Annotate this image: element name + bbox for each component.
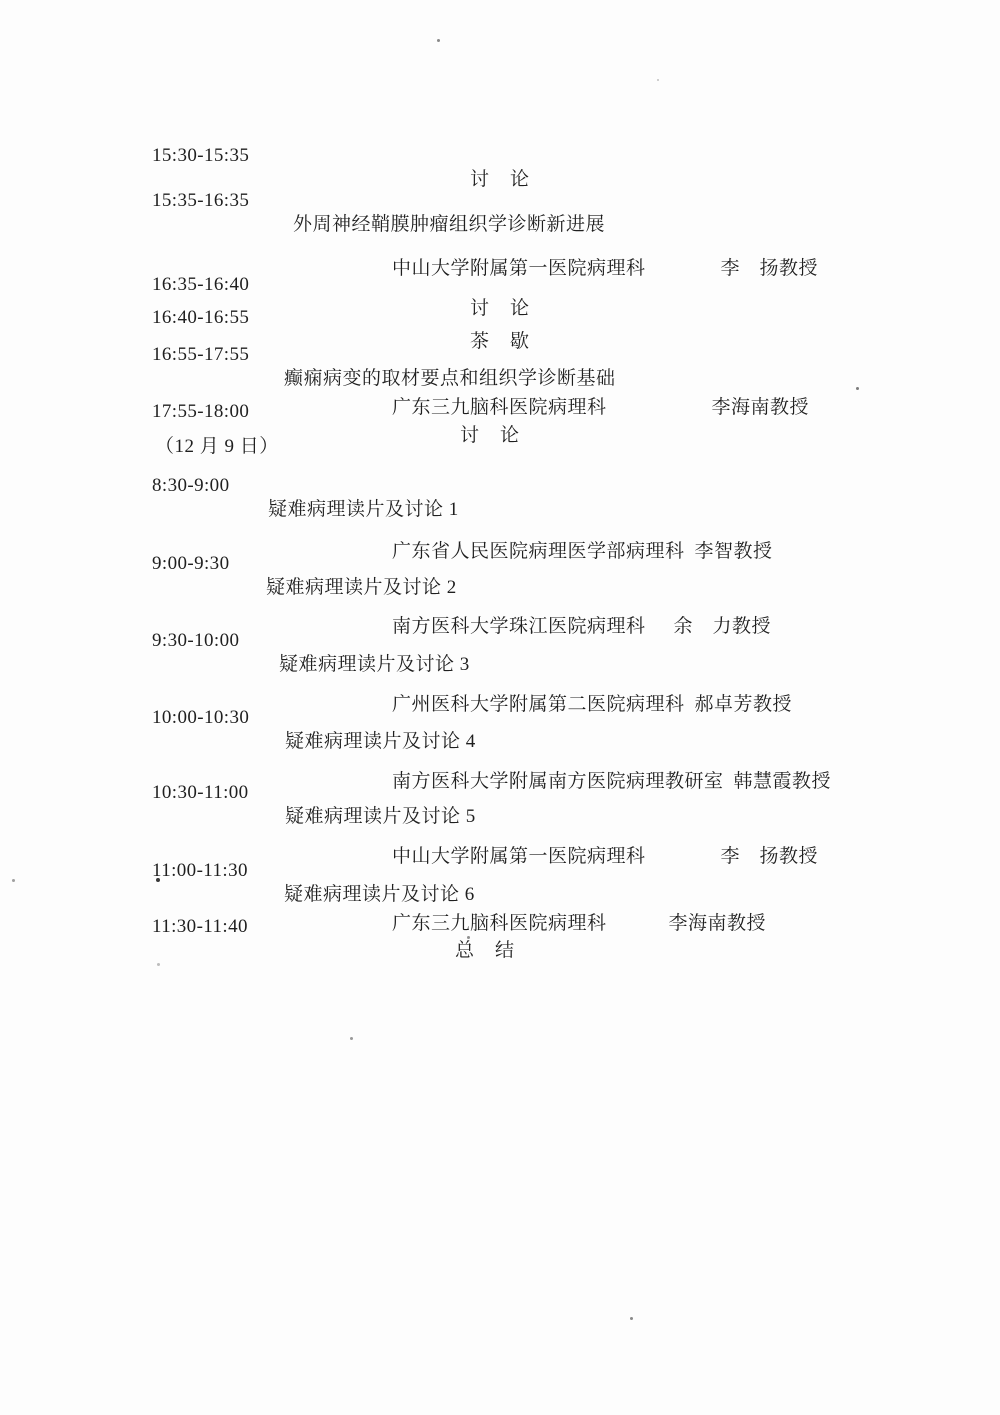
scan-speck xyxy=(12,879,15,882)
speaker-row: 广东三九脑科医院病理科李海南教授 xyxy=(0,864,1000,890)
speaker-row: 南方医科大学附属南方医院病理教研室韩慧霞教授 xyxy=(0,722,1000,748)
scanned-schedule-page: 15:30-15:35 讨 论 15:35-16:35 外周神经鞘膜肿瘤组织学诊… xyxy=(0,0,1000,1415)
schedule-row: 9:30-10:00 疑难病理读片及讨论 3 xyxy=(0,605,1000,631)
schedule-row: 16:35-16:40 讨 论 xyxy=(0,249,1000,275)
speaker-row: 中山大学附属第一医院病理科李 扬教授 xyxy=(0,797,1000,823)
schedule-row: 10:30-11:00 疑难病理读片及讨论 5 xyxy=(0,757,1000,783)
scan-speck xyxy=(856,387,859,390)
scan-speck xyxy=(157,963,160,966)
session-label: 总 结 xyxy=(455,939,515,963)
speaker-row: 广州医科大学附属第二医院病理科郝卓芳教授 xyxy=(0,645,1000,671)
schedule-row: 17:55-18:00 讨 论 xyxy=(0,376,1000,402)
schedule-row: 8:30-9:00 疑难病理读片及讨论 1 xyxy=(0,450,1000,476)
speaker-row: 广东三九脑科医院病理科李海南教授 xyxy=(0,348,1000,374)
speaker-row: 广东省人民医院病理医学部病理科李智教授 xyxy=(0,492,1000,518)
scan-speck xyxy=(437,39,440,42)
schedule-row: 16:40-16:55 茶 歇 xyxy=(0,282,1000,308)
scan-speck xyxy=(467,936,470,939)
date-header-row: （12 月 9 日） xyxy=(0,411,1000,437)
scan-speck xyxy=(630,1317,633,1320)
schedule-row: 15:35-16:35 外周神经鞘膜肿瘤组织学诊断新进展 xyxy=(0,165,1000,191)
scan-speck xyxy=(350,1037,353,1040)
schedule-row: 11:00-11:30 疑难病理读片及讨论 6 xyxy=(0,835,1000,861)
scan-speck xyxy=(657,79,659,81)
schedule-row: 16:55-17:55 癫痫病变的取材要点和组织学诊断基础 xyxy=(0,319,1000,345)
speaker-row: 中山大学附属第一医院病理科李 扬教授 xyxy=(0,209,1000,235)
schedule-row: 9:00-9:30 疑难病理读片及讨论 2 xyxy=(0,528,1000,554)
schedule-row: 11:30-11:40 总 结 xyxy=(0,891,1000,917)
scan-speck xyxy=(156,878,160,882)
speaker-row: 南方医科大学珠江医院病理科余 力教授 xyxy=(0,567,1000,593)
time-range: 11:30-11:40 xyxy=(152,915,248,939)
schedule-row: 15:30-15:35 讨 论 xyxy=(0,120,1000,146)
schedule-row: 10:00-10:30 疑难病理读片及讨论 4 xyxy=(0,682,1000,708)
